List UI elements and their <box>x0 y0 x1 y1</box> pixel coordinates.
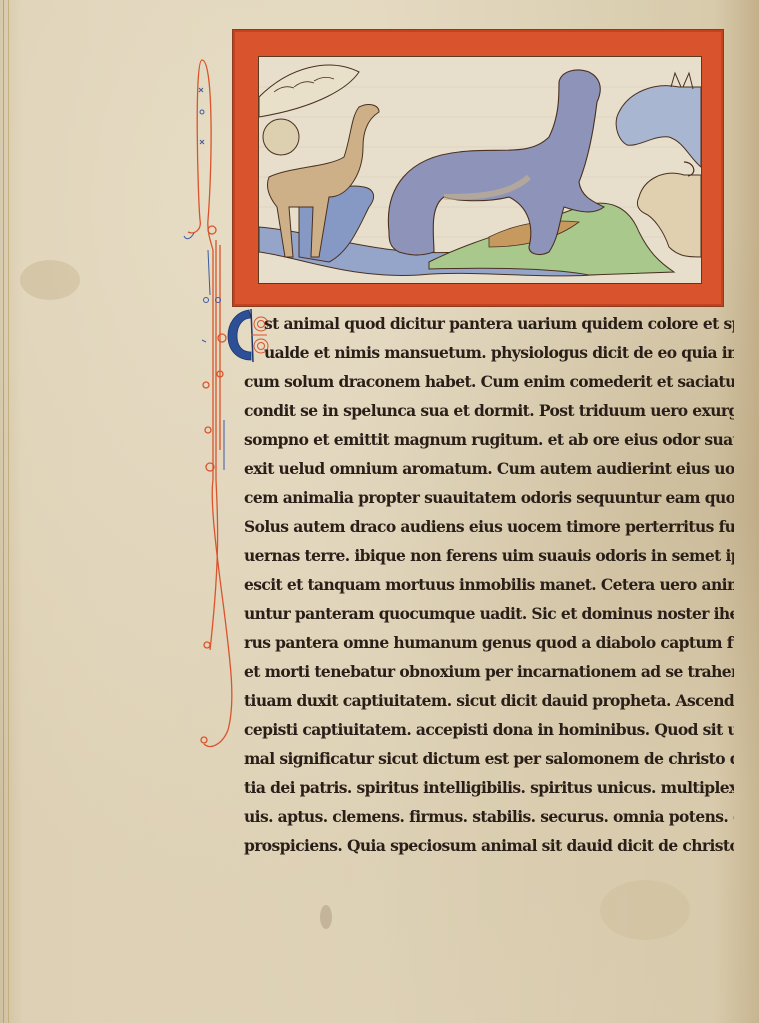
gutter-line <box>3 0 9 1023</box>
text-line-19: prospiciens. Quia speciosum animal sit d… <box>244 831 734 860</box>
parchment-page: st animal quod dicitur pantera uarium qu… <box>0 0 759 1023</box>
text-line-17: tia dei patris. spiritus intelligibilis.… <box>244 773 734 802</box>
text-line-16: mal significatur sicut dictum est per sa… <box>244 744 734 773</box>
text-line-11: untur panteram quocumque uadit. Sic et d… <box>244 599 734 628</box>
text-line-8: Solus autem draco audiens eius uocem tim… <box>244 512 734 541</box>
text-line-15: cepisti captiuitatem. accepisti dona in … <box>244 715 734 744</box>
text-line-9: uernas terre. ibique non ferens uim suau… <box>244 541 734 570</box>
text-line-1: st animal quod dicitur pantera uarium qu… <box>244 309 734 338</box>
text-line-10: escit et tanquam mortuus inmobilis manet… <box>244 570 734 599</box>
stain <box>20 260 80 300</box>
text-line-6: exit uelud omnium aromatum. Cum autem au… <box>244 454 734 483</box>
text-line-5: sompno et emittit magnum rugitum. et ab … <box>244 425 734 454</box>
stain <box>320 905 332 929</box>
text-line-2: ualde et nimis mansuetum. physiologus di… <box>244 338 734 367</box>
text-line-4: condit se in spelunca sua et dormit. Pos… <box>244 396 734 425</box>
miniature-panel <box>258 56 702 284</box>
miniature-illustration <box>259 57 701 283</box>
text-line-7: cem animalia propter suauitatem odoris s… <box>244 483 734 512</box>
text-line-12: rus pantera omne humanum genus quod a di… <box>244 628 734 657</box>
text-line-18: uis. aptus. clemens. firmus. stabilis. s… <box>244 802 734 831</box>
text-line-14: tiuam duxit captiuitatem. sicut dicit da… <box>244 686 734 715</box>
manuscript-text: st animal quod dicitur pantera uarium qu… <box>244 309 734 860</box>
stain <box>600 880 690 940</box>
miniature-frame <box>233 30 723 306</box>
text-line-3: cum solum draconem habet. Cum enim comed… <box>244 367 734 396</box>
text-line-13: et morti tenebatur obnoxium per incarnat… <box>244 657 734 686</box>
